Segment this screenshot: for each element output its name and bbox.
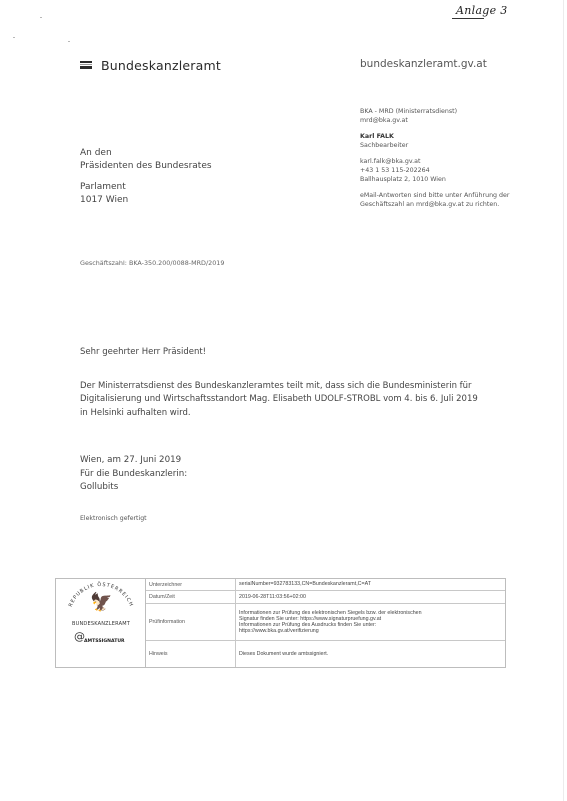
recipient-block: An den Präsidenten des Bundesrates Parla…	[80, 147, 212, 207]
handwritten-annotation: Anlage 3	[456, 4, 508, 17]
on-behalf: Für die Bundeskanzlerin:	[80, 468, 187, 482]
sender-name: Karl FALK	[360, 133, 394, 140]
row-value: Dieses Dokument wurde amtssigniert.	[236, 641, 505, 667]
row-label: Prüfinformation	[146, 604, 236, 640]
value-line: 2019-06-28T11:03:56+02:00	[239, 594, 502, 600]
scan-speck	[40, 17, 42, 18]
value-line: https://www.bka.gv.at/verifizierung	[239, 628, 502, 634]
closing-block: Wien, am 27. Juni 2019 Für die Bundeskan…	[80, 454, 187, 495]
org-logo: Bundeskanzleramt	[80, 58, 221, 73]
row-label: Hinweis	[146, 641, 236, 667]
amtssignatur-label: AMTSSIGNATUR	[84, 639, 125, 644]
row-value: serialNumber=932783133,CN=Bundeskanzlera…	[236, 579, 505, 590]
table-row: Prüfinformation Informationen zur Prüfun…	[146, 604, 505, 641]
reply-note-line2: Geschäftszahl an mrd@bka.gv.at zu richte…	[360, 200, 560, 209]
scan-speck	[68, 41, 70, 42]
reply-note-line1: eMail-Antworten sind bitte unter Anführu…	[360, 191, 560, 200]
recipient-line: An den	[80, 147, 212, 160]
signature-table: REPUBLIK ÖSTERREICH 🦅 BUNDESKANZLERAMT @…	[55, 578, 506, 668]
sender-block: BKA - MRD (Ministerratsdienst) mrd@bka.g…	[360, 107, 560, 209]
sender-address: Ballhausplatz 2, 1010 Wien	[360, 175, 560, 184]
body-line: in Helsinki aufhalten wird.	[80, 407, 478, 420]
sender-department: BKA - MRD (Ministerratsdienst)	[360, 107, 560, 116]
body-line: Der Ministerratsdienst des Bundeskanzler…	[80, 380, 478, 393]
sender-department-email: mrd@bka.gv.at	[360, 116, 560, 125]
reference-number: Geschäftszahl: BKA-350.200/0088-MRD/2019	[80, 259, 224, 267]
signature-rows: Unterzeichner serialNumber=932783133,CN=…	[146, 579, 505, 667]
seal-org-name: BUNDESKANZLERAMT	[56, 621, 146, 627]
electronic-note: Elektronisch gefertigt	[80, 515, 147, 522]
row-value: Informationen zur Prüfung des elektronis…	[236, 604, 505, 640]
sender-role: Sachbearbeiter	[360, 141, 560, 150]
value-line: serialNumber=932783133,CN=Bundeskanzlera…	[239, 581, 502, 587]
sender-phone: +43 1 53 115-202264	[360, 166, 560, 175]
place-date: Wien, am 27. Juni 2019	[80, 454, 187, 468]
salutation: Sehr geehrter Herr Präsident!	[80, 347, 206, 357]
org-name: Bundeskanzleramt	[101, 58, 221, 73]
recipient-line: 1017 Wien	[80, 194, 212, 207]
scan-speck	[13, 37, 15, 38]
sender-email: karl.falk@bka.gv.at	[360, 157, 560, 166]
letter-body: Der Ministerratsdienst des Bundeskanzler…	[80, 380, 478, 420]
austrian-eagle-icon: 🦅	[90, 594, 112, 612]
row-value: 2019-06-28T11:03:56+02:00	[236, 591, 505, 603]
recipient-line: Präsidenten des Bundesrates	[80, 160, 212, 173]
value-line: Dieses Dokument wurde amtssigniert.	[239, 651, 502, 657]
body-line: Digitalisierung und Wirtschaftsstandort …	[80, 393, 478, 406]
austrian-flag-icon	[80, 61, 92, 70]
official-seal: REPUBLIK ÖSTERREICH 🦅 BUNDESKANZLERAMT @…	[56, 579, 146, 667]
page-edge	[563, 0, 564, 801]
website-url: bundeskanzleramt.gv.at	[360, 58, 487, 70]
handwritten-underline	[452, 18, 484, 19]
recipient-line: Parlament	[80, 181, 212, 194]
table-row: Datum/Zeit 2019-06-28T11:03:56+02:00	[146, 591, 505, 604]
table-row: Hinweis Dieses Dokument wurde amtssignie…	[146, 641, 505, 667]
signatory: Gollubits	[80, 481, 187, 495]
row-label: Datum/Zeit	[146, 591, 236, 603]
row-label: Unterzeichner	[146, 579, 236, 590]
table-row: Unterzeichner serialNumber=932783133,CN=…	[146, 579, 505, 591]
